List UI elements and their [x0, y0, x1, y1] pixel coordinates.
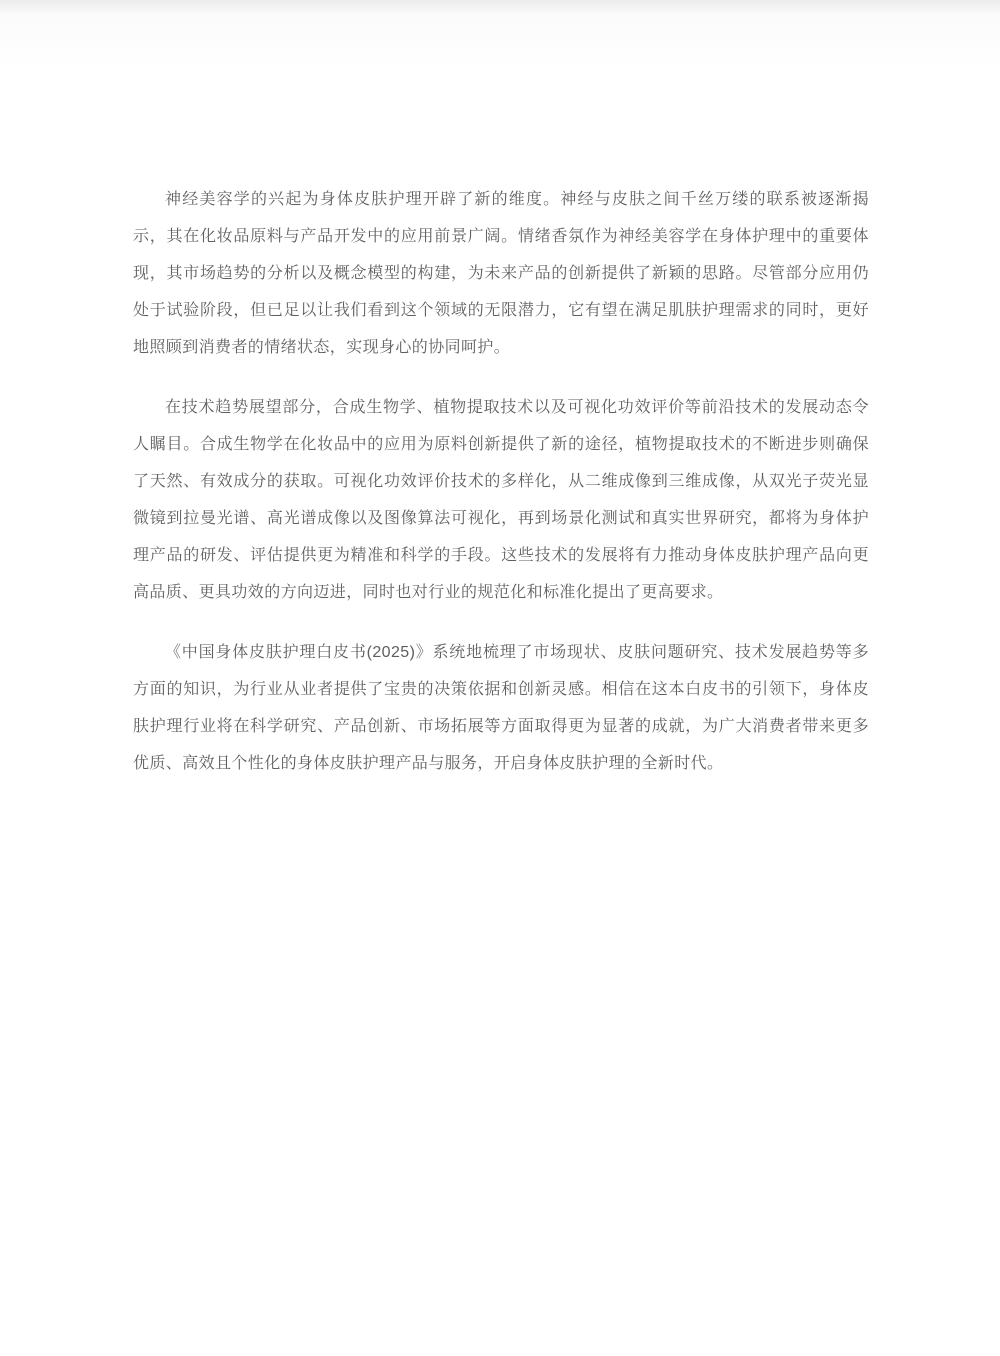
paragraph-whitepaper-conclusion: 《中国身体皮肤护理白皮书(2025)》系统地梳理了市场现状、皮肤问题研究、技术发…	[133, 634, 869, 782]
page-top-scan-shadow	[0, 0, 1000, 70]
paragraph-tech-trends: 在技术趋势展望部分，合成生物学、植物提取技术以及可视化功效评价等前沿技术的发展动…	[133, 389, 869, 611]
paragraph-neuro-cosmetics: 神经美容学的兴起为身体皮肤护理开辟了新的维度。神经与皮肤之间千丝万缕的联系被逐渐…	[133, 181, 869, 366]
document-body-text: 神经美容学的兴起为身体皮肤护理开辟了新的维度。神经与皮肤之间千丝万缕的联系被逐渐…	[133, 181, 869, 782]
document-page: 神经美容学的兴起为身体皮肤护理开辟了新的维度。神经与皮肤之间千丝万缕的联系被逐渐…	[0, 0, 1000, 1356]
